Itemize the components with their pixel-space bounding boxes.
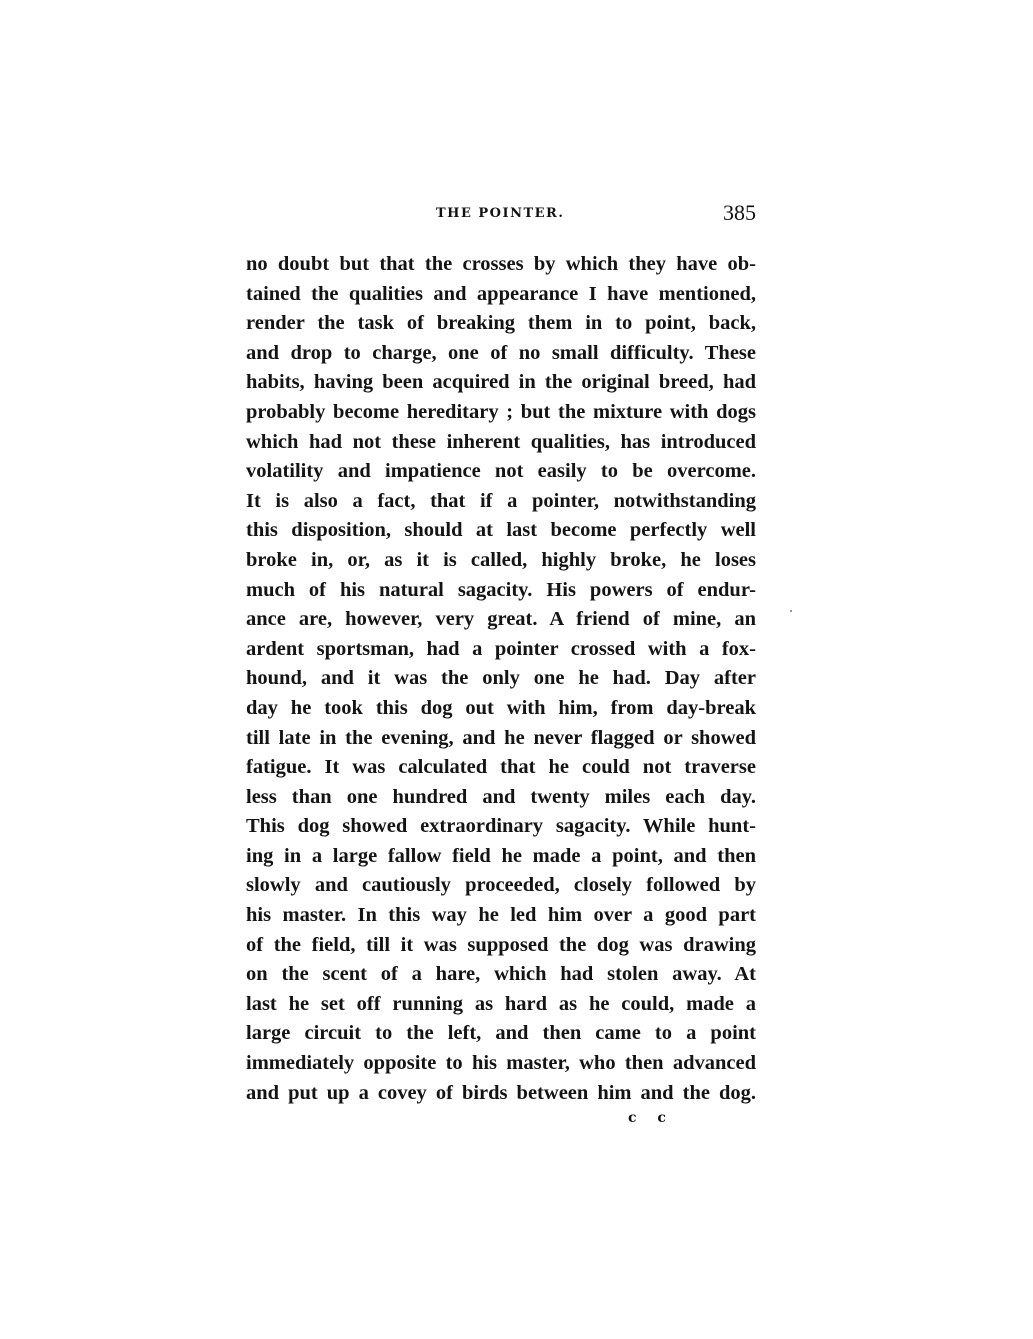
text-line: render the task of breaking them in to p…: [246, 309, 756, 339]
signature-mark: c c: [628, 1110, 674, 1126]
text-line: probably become hereditary ; but the mix…: [246, 398, 756, 428]
text-line: slowly and cautiously proceeded, closely…: [246, 871, 756, 901]
text-line: day he took this dog out with him, from …: [246, 694, 756, 724]
text-line: immediately opposite to his master, who …: [246, 1049, 756, 1079]
text-line: It is also a fact, that if a pointer, no…: [246, 487, 756, 517]
text-line: and put up a covey of birds between him …: [246, 1079, 756, 1109]
text-line: hound, and it was the only one he had. D…: [246, 664, 756, 694]
text-line: This dog showed extraordinary sagacity. …: [246, 812, 756, 842]
text-line: of the field, till it was supposed the d…: [246, 931, 756, 961]
text-line: which had not these inherent qualities, …: [246, 428, 756, 458]
text-line: broke in, or, as it is called, highly br…: [246, 546, 756, 576]
page-number: 385: [723, 200, 756, 226]
book-page: THE POINTER. 385 no doubt but that the c…: [0, 0, 1033, 1339]
text-line: habits, having been acquired in the orig…: [246, 368, 756, 398]
text-line: and drop to charge, one of no small diff…: [246, 339, 756, 369]
text-line: less than one hundred and twenty miles e…: [246, 783, 756, 813]
text-line: large circuit to the left, and then came…: [246, 1019, 756, 1049]
text-line: on the scent of a hare, which had stolen…: [246, 960, 756, 990]
text-line: ing in a large fallow field he made a po…: [246, 842, 756, 872]
margin-speck: [790, 610, 792, 612]
text-line: ance are, however, very great. A friend …: [246, 605, 756, 635]
text-line: no doubt but that the crosses by which t…: [246, 250, 756, 280]
body-text: no doubt but that the crosses by which t…: [246, 250, 756, 1108]
text-line: ardent sportsman, had a pointer crossed …: [246, 635, 756, 665]
text-line: volatility and impatience not easily to …: [246, 457, 756, 487]
text-line: much of his natural sagacity. His powers…: [246, 576, 756, 606]
text-line: this disposition, should at last become …: [246, 516, 756, 546]
text-line: last he set off running as hard as he co…: [246, 990, 756, 1020]
text-line: tained the qualities and appearance I ha…: [246, 280, 756, 310]
text-line: his master. In this way he led him over …: [246, 901, 756, 931]
text-line: till late in the evening, and he never f…: [246, 724, 756, 754]
running-head: THE POINTER. 385: [246, 200, 756, 230]
text-line: fatigue. It was calculated that he could…: [246, 753, 756, 783]
running-title: THE POINTER.: [436, 206, 564, 221]
